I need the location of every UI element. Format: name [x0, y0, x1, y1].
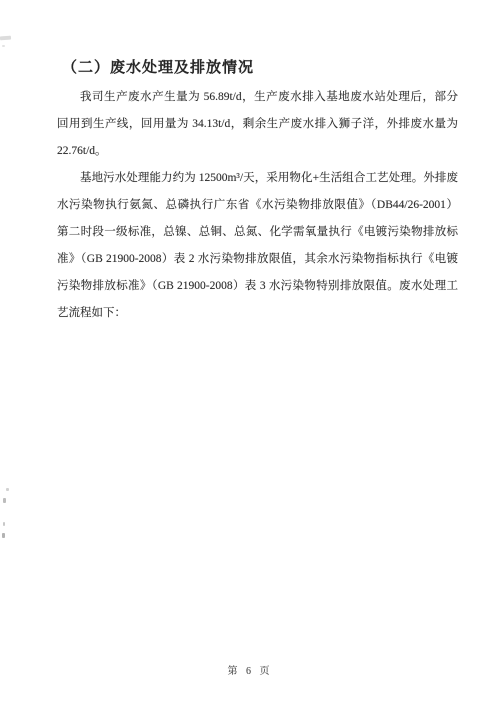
body-text-block: 我司生产废水产生量为 56.89t/d，生产废水排入基地废水站处理后，部分 回用…	[57, 84, 458, 327]
page-number: 第 6 页	[0, 662, 500, 677]
scan-artifact	[3, 522, 5, 526]
body-line: 我司生产废水产生量为 56.89t/d，生产废水排入基地废水站处理后，部分	[57, 84, 458, 111]
body-line: 准》（GB 21900-2008）表 2 水污染物排放限值，其余水污染物指标执行…	[57, 246, 458, 273]
body-line: 回用到生产线，回用量为 34.13t/d，剩余生产废水排入狮子洋，外排废水量为	[57, 111, 458, 138]
scan-artifact	[2, 533, 5, 538]
body-line: 22.76t/d。	[57, 138, 458, 165]
scan-artifact	[0, 36, 11, 41]
body-line: 水污染物执行氨氮、总磷执行广东省《水污染物排放限值》（DB44/26-2001）	[57, 192, 458, 219]
body-line: 第二时段一级标准，总镍、总铜、总氮、化学需氧量执行《电镀污染物排放标	[57, 219, 458, 246]
scan-artifact	[6, 488, 9, 491]
body-line: 污染物排放标准》（GB 21900-2008）表 3 水污染物特别排放限值。废水…	[57, 273, 458, 300]
body-line: 基地污水处理能力约为 12500m³/天，采用物化+生活组合工艺处理。外排废	[57, 165, 458, 192]
scan-artifact	[2, 45, 5, 47]
scanned-document-page: （二）废水处理及排放情况 我司生产废水产生量为 56.89t/d，生产废水排入基…	[0, 0, 500, 707]
body-line: 艺流程如下：	[57, 300, 458, 327]
scan-artifact	[3, 498, 6, 503]
section-heading: （二）废水处理及排放情况	[62, 56, 254, 77]
